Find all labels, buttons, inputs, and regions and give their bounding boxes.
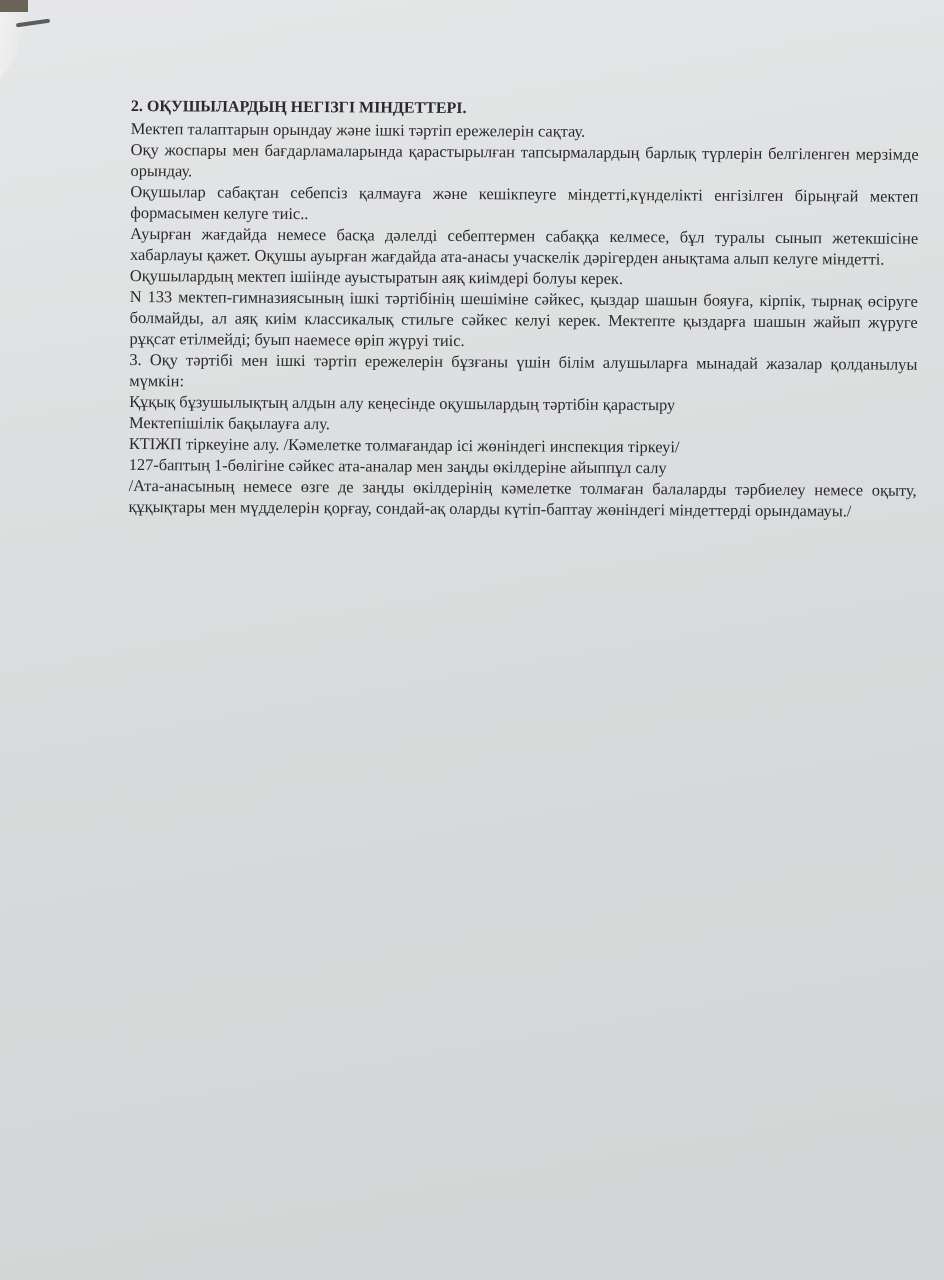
- paragraph: Оқушылар сабақтан себепсіз қалмауға және…: [130, 181, 918, 228]
- paragraph: N 133 мектеп-гимназиясының ішкі тәртібін…: [129, 286, 917, 354]
- background-corner: [0, 0, 28, 12]
- document-body: 2. ОҚУШЫЛАРДЫҢ НЕГІЗГІ МІНДЕТТЕРІ. Мекте…: [128, 96, 919, 522]
- penalty-note: /Ата-анасының немесе өзге де заңды өкілд…: [128, 475, 916, 522]
- paragraph: Ауырған жағдайда немесе басқа дәлелді се…: [130, 223, 918, 270]
- paragraph: Оқу жоспары мен бағдарламаларында қараст…: [130, 139, 918, 186]
- section-3-intro: 3. Оқу тәртібі мен ішкі тәртіп ережелері…: [129, 349, 917, 396]
- paper-corner: [0, 0, 30, 80]
